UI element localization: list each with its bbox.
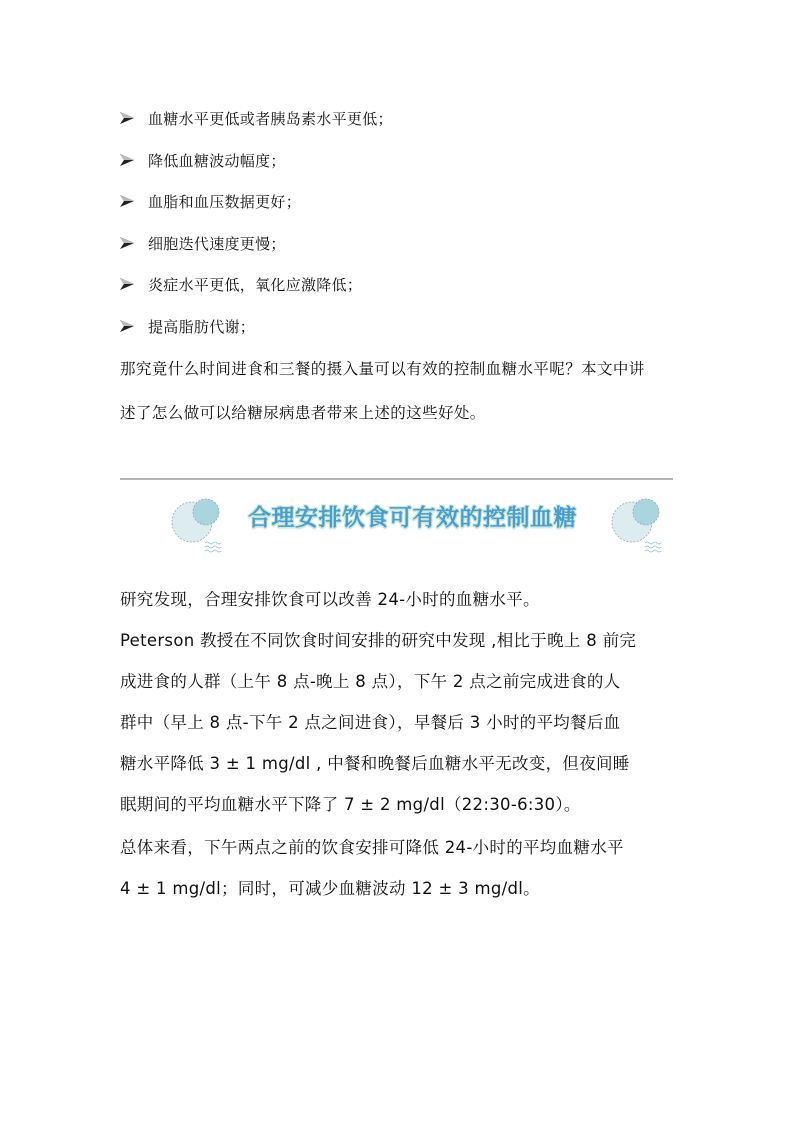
section-title: 合理安排饮食可有效的控制血糖 xyxy=(248,499,577,532)
list-item-text: 细胞迭代速度更慢； xyxy=(148,233,286,254)
arrowhead-bullet-icon xyxy=(120,153,148,167)
list-item: 细胞迭代速度更慢； xyxy=(120,231,286,255)
paragraph-line: 眠期间的平均血糖水平下降了 7 ± 2 mg/dl（22:30-6:30）。 xyxy=(120,791,581,815)
list-item: 炎症水平更低，氧化应激降低； xyxy=(120,272,362,296)
list-item: 降低血糖波动幅度； xyxy=(120,148,286,172)
paragraph-line: 研究发现，合理安排饮食可以改善 24-小时的血糖水平。 xyxy=(120,586,540,610)
paragraph-line: 述了怎么做可以给糖尿病患者带来上述的这些好处。 xyxy=(120,401,486,423)
list-item: 血脂和血压数据更好； xyxy=(120,189,301,213)
arrowhead-bullet-icon xyxy=(120,111,148,125)
list-item-text: 提高脂肪代谢； xyxy=(148,316,255,337)
arrowhead-bullet-icon xyxy=(120,236,148,250)
bubble-decoration-icon xyxy=(170,496,230,564)
paragraph-line: 总体来看，下午两点之前的饮食安排可降低 24-小时的平均血糖水平 xyxy=(120,834,624,858)
paragraph-line: 糖水平降低 3 ± 1 mg/dl , 中餐和晚餐后血糖水平无改变，但夜间睡 xyxy=(120,750,630,774)
paragraph-line: 群中（早上 8 点-下午 2 点之间进食），早餐后 3 小时的平均餐后血 xyxy=(120,709,620,733)
list-item-text: 炎症水平更低，氧化应激降低； xyxy=(148,274,362,295)
list-item-text: 血糖水平更低或者胰岛素水平更低； xyxy=(148,108,393,129)
list-item-text: 降低血糖波动幅度； xyxy=(148,150,286,171)
horizontal-divider xyxy=(120,478,673,480)
list-item: 血糖水平更低或者胰岛素水平更低； xyxy=(120,106,393,130)
paragraph-line: Peterson 教授在不同饮食时间安排的研究中发现 ,相比于晚上 8 前完 xyxy=(120,627,636,651)
list-item: 提高脂肪代谢； xyxy=(120,314,255,338)
arrowhead-bullet-icon xyxy=(120,319,148,333)
paragraph-line: 成进食的人群（上午 8 点-晚上 8 点），下午 2 点之前完成进食的人 xyxy=(120,668,620,692)
arrowhead-bullet-icon xyxy=(120,194,148,208)
bubble-decoration-icon xyxy=(610,496,670,564)
paragraph-line: 那究竟什么时间进食和三餐的摄入量可以有效的控制血糖水平呢？本文中讲 xyxy=(120,357,645,379)
section-banner: 合理安排饮食可有效的控制血糖 xyxy=(160,488,680,560)
paragraph-line: 4 ± 1 mg/dl；同时，可减少血糖波动 12 ± 3 mg/dl。 xyxy=(120,875,540,899)
document-page: 血糖水平更低或者胰岛素水平更低； 降低血糖波动幅度； 血脂和血压数据更好； 细胞… xyxy=(0,0,793,1122)
list-item-text: 血脂和血压数据更好； xyxy=(148,191,301,212)
arrowhead-bullet-icon xyxy=(120,277,148,291)
